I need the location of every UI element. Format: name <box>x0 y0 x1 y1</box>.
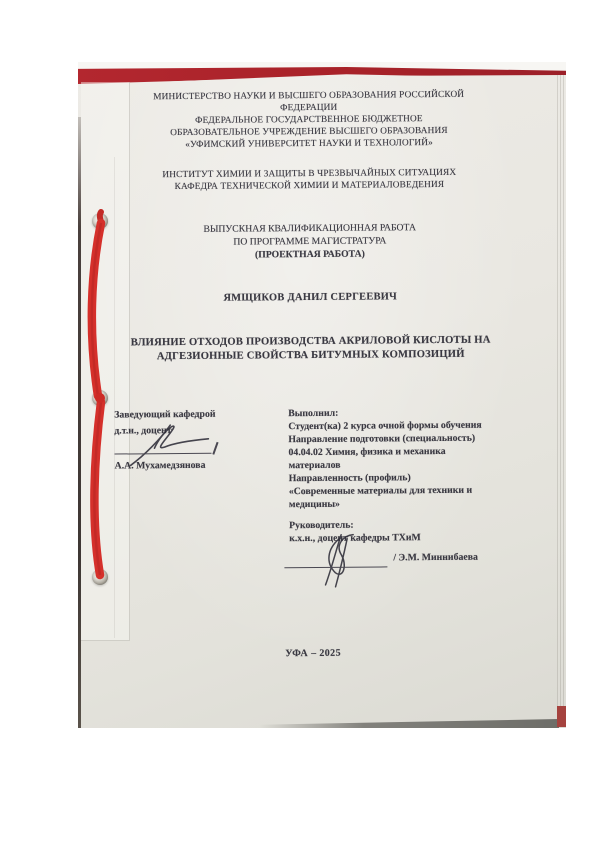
signature-line <box>114 453 211 455</box>
supervisor-name: / Э.М. Миннибаева <box>393 551 478 565</box>
ministry-line: «УФИМСКИЙ УНИВЕРСИТЕТ НАУКИ И ТЕХНОЛОГИЙ… <box>99 136 519 151</box>
work-type-line: (ПРОЕКТНАЯ РАБОТА) <box>100 246 520 262</box>
head-of-department-name: А.А. Мухамедзянова <box>115 459 206 473</box>
head-of-department-degree: д.т.н., доцент <box>114 424 171 437</box>
author-name: ЯМЩИКОВ ДАНИЛ СЕРГЕЕВИЧ <box>100 290 520 304</box>
signature-line <box>284 566 387 568</box>
right-page-stack-edges <box>557 75 566 722</box>
performer-line: медицины» <box>289 496 522 511</box>
document-photo: МИНИСТЕРСТВО НАУКИ И ВЫСШЕГО ОБРАЗОВАНИЯ… <box>78 62 566 728</box>
supervisor-block: Руководитель: к.х.н., доцент кафедры ТХи… <box>289 517 522 519</box>
red-folder-corner <box>557 706 566 727</box>
slash-mark <box>212 442 218 455</box>
binding-left-edge <box>78 117 81 728</box>
head-of-department-position: Заведующий кафедрой <box>114 408 215 422</box>
performer-block: Выполнил: Студент(ка) 2 курса очной форм… <box>288 405 522 511</box>
supervisor-label: Руководитель: <box>289 519 354 533</box>
title-page-content: МИНИСТЕРСТВО НАУКИ И ВЫСШЕГО ОБРАЗОВАНИЯ… <box>98 62 523 728</box>
approval-block: Заведующий кафедрой д.т.н., доцент А.А. … <box>114 407 279 408</box>
institute-line: КАФЕДРА ТЕХНИЧЕСКОЙ ХИМИИ И МАТЕРИАЛОВЕД… <box>99 178 519 193</box>
city-year: УФА – 2025 <box>103 646 523 660</box>
supervisor-degree: к.х.н., доцент кафедры ТХиМ <box>289 531 421 545</box>
thesis-title-line: АДГЕЗИОННЫЕ СВОЙСТВА БИТУМНЫХ КОМПОЗИЦИЙ <box>101 347 521 364</box>
